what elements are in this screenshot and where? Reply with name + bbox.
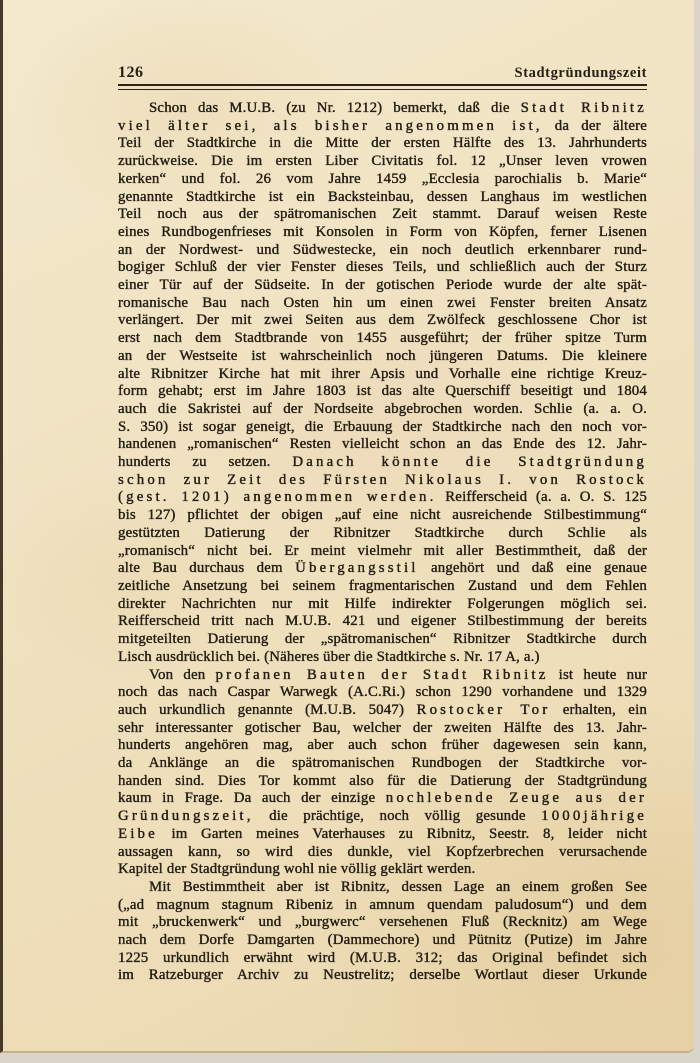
- text-line: alte Ribnitzer Kirche hat mit ihrer Apsi…: [118, 366, 647, 384]
- text-segment: handenen „romanischen“ Resten vielleicht…: [118, 436, 647, 452]
- text-line: schon zur Zeit des Fürsten Nikolaus I. v…: [118, 472, 647, 490]
- paragraph: Von den profanen Bauten der Stadt Ribnit…: [118, 667, 647, 879]
- text-line: noch das nach Caspar Warwegk (A.C.Ri.) s…: [118, 684, 647, 702]
- text-line: Reifferscheid tritt nach M.U.B. 421 und …: [118, 613, 647, 631]
- text-segment: direkter Nachrichten nur mit Hilfe indir…: [118, 596, 647, 612]
- header-double-rule: [118, 84, 647, 90]
- text-segment: eines Rundbogenfrieses mit Konsolen in F…: [118, 224, 647, 240]
- text-segment: romanische Bau nach Osten hin um einen z…: [118, 295, 647, 311]
- text-line: Schon das M.U.B. (zu Nr. 1212) bemerkt, …: [118, 100, 647, 118]
- text-line: nach dem Dorfe Damgarten (Dammechore) un…: [118, 932, 647, 950]
- emphasized-text: (gest. 1201) angenommen werden.: [118, 489, 437, 505]
- text-line: „romanisch“ nicht bei. Er meint vielmehr…: [118, 543, 647, 561]
- text-segment: zurückweise. Die im ersten Liber Civitat…: [118, 153, 647, 169]
- text-segment: alte Ribnitzer Kirche hat mit ihrer Apsi…: [118, 366, 647, 382]
- text-line: aussagen kann, so wird dies dunkle, viel…: [118, 844, 647, 862]
- text-line: hunderts angehören mag, aber auch schon …: [118, 737, 647, 755]
- text-line: Gründungszeit, die prächtige, noch völli…: [118, 808, 647, 826]
- text-segment: hunderts angehören mag, aber auch schon …: [118, 737, 647, 753]
- book-page: 126 Stadtgründungszeit Schon das M.U.B. …: [0, 0, 694, 1053]
- text-line: Kapitel der Stadtgründung wohl nie völli…: [118, 861, 647, 879]
- text-line: gestützten Datierung der Ribnitzer Stadt…: [118, 525, 647, 543]
- emphasized-text: Gründungszeit,: [118, 808, 254, 824]
- text-line: 1225 urkundlich erwähnt wird (M.U.B. 312…: [118, 950, 647, 968]
- text-line: genannte Stadtkirche ist ein Backsteinba…: [118, 189, 647, 207]
- text-line: viel älter sei, als bisher angenommen is…: [118, 118, 647, 136]
- text-segment: Reifferscheid (a. a. O. S. 125: [437, 489, 647, 505]
- text-segment: nach dem Dorfe Damgarten (Dammechore) un…: [118, 932, 647, 948]
- text-line: handen sind. Dies Tor kommt also für die…: [118, 773, 647, 791]
- text-line: Von den profanen Bauten der Stadt Ribnit…: [118, 667, 647, 685]
- text-segment: mit „bruckenwerk“ und „burgwerc“ versehe…: [118, 914, 647, 930]
- text-segment: auch urkundlich genannte (M.U.B. 5047): [118, 702, 417, 718]
- text-line: zurückweise. Die im ersten Liber Civitat…: [118, 153, 647, 171]
- text-line: direkter Nachrichten nur mit Hilfe indir…: [118, 596, 647, 614]
- emphasized-text: Eibe: [118, 826, 158, 842]
- text-line: S. 350) ist sogar geneigt, die Erbauung …: [118, 419, 647, 437]
- text-segment: da Anklänge an die spätromanischen Rundb…: [118, 755, 647, 771]
- text-segment: angehört und daß eine genaue: [419, 560, 647, 576]
- text-segment: bogiger Schluß der vier Fenster dieses T…: [118, 259, 647, 275]
- page-number: 126: [118, 64, 144, 82]
- text-segment: hunderts zu setzen.: [118, 454, 292, 470]
- running-head: 126 Stadtgründungszeit: [118, 64, 647, 82]
- text-segment: an der Westseite ist wahrscheinlich noch…: [118, 348, 647, 364]
- text-line: an der Nordwest- und Südwestecke, ein no…: [118, 242, 647, 260]
- text-line: einer Tür auf der Südseite. In der gotis…: [118, 277, 647, 295]
- text-line: auch urkundlich genannte (M.U.B. 5047) R…: [118, 702, 647, 720]
- text-line: alte Bau durchaus dem Übergangsstil ange…: [118, 560, 647, 578]
- text-segment: auch die Sakristei auf der Nordseite abg…: [118, 401, 647, 417]
- running-title: Stadtgründungszeit: [515, 65, 647, 82]
- text-segment: Reifferscheid tritt nach M.U.B. 421 und …: [118, 613, 647, 629]
- text-line: Eibe im Garten meines Vaterhauses zu Rib…: [118, 826, 647, 844]
- text-segment: erhalten, ein: [550, 702, 647, 718]
- text-segment: sehr interessanter gotischer Bau, welche…: [118, 720, 647, 736]
- text-segment: handen sind. Dies Tor kommt also für die…: [118, 773, 647, 789]
- text-segment: die prächtige, noch völlig gesunde: [254, 808, 541, 824]
- text-segment: da der ältere: [543, 118, 647, 134]
- text-segment: form gehabt; erst im Jahre 1803 ist das …: [118, 383, 647, 399]
- text-segment: alte Bau durchaus dem: [118, 560, 295, 576]
- text-line: romanische Bau nach Osten hin um einen z…: [118, 295, 647, 313]
- text-line: (gest. 1201) angenommen werden. Reiffers…: [118, 489, 647, 507]
- emphasized-text: Stadt Ribnitz: [521, 100, 647, 116]
- text-line: („ad magnum stagnum Ribeniz in amnum que…: [118, 897, 647, 915]
- text-segment: kerken“ und fol. 26 vom Jahre 1459 „Eccl…: [118, 171, 647, 187]
- text-line: erst nach dem Stadtbrande von 1455 ausge…: [118, 330, 647, 348]
- text-line: eines Rundbogenfrieses mit Konsolen in F…: [118, 224, 647, 242]
- text-segment: zeitliche Ansetzung bei seinem fragmenta…: [118, 578, 647, 594]
- text-line: an der Westseite ist wahrscheinlich noch…: [118, 348, 647, 366]
- text-segment: Teil der Stadtkirche in die Mitte der er…: [118, 135, 647, 151]
- text-segment: gestützten Datierung der Ribnitzer Stadt…: [118, 525, 647, 541]
- text-segment: „romanisch“ nicht bei. Er meint vielmehr…: [118, 543, 647, 559]
- text-line: kaum in Frage. Da auch der einzige nochl…: [118, 790, 647, 808]
- text-line: bogiger Schluß der vier Fenster dieses T…: [118, 259, 647, 277]
- text-block: Schon das M.U.B. (zu Nr. 1212) bemerkt, …: [118, 100, 647, 985]
- text-line: mitgeteilten Datierung der „spätromanisc…: [118, 631, 647, 649]
- text-segment: Von den: [149, 667, 216, 683]
- text-line: Teil noch aus der spätromanischen Zeit s…: [118, 206, 647, 224]
- text-segment: noch das nach Caspar Warwegk (A.C.Ri.) s…: [118, 684, 647, 700]
- text-segment: Kapitel der Stadtgründung wohl nie völli…: [118, 861, 475, 877]
- emphasized-text: viel älter sei, als bisher angenommen is…: [118, 118, 543, 134]
- text-line: sehr interessanter gotischer Bau, welche…: [118, 720, 647, 738]
- emphasized-text: Danach könnte die Stadtgründung: [292, 454, 647, 470]
- text-line: Teil der Stadtkirche in die Mitte der er…: [118, 135, 647, 153]
- text-segment: mitgeteilten Datierung der „spätromanisc…: [118, 631, 647, 647]
- emphasized-text: nochlebende Zeuge aus der: [386, 790, 647, 806]
- text-line: da Anklänge an die spätromanischen Rundb…: [118, 755, 647, 773]
- text-segment: im Garten meines Vaterhauses zu Ribnitz,…: [158, 826, 647, 842]
- text-segment: ist heute nur: [548, 667, 647, 683]
- text-line: bis 127) pflichtet der obigen „auf eine …: [118, 507, 647, 525]
- text-line: kerken“ und fol. 26 vom Jahre 1459 „Eccl…: [118, 171, 647, 189]
- text-segment: einer Tür auf der Südseite. In der gotis…: [118, 277, 647, 293]
- text-segment: erst nach dem Stadtbrande von 1455 ausge…: [118, 330, 647, 346]
- text-line: im Ratzeburger Archiv zu Neustrelitz; de…: [118, 967, 647, 985]
- text-segment: S. 350) ist sogar geneigt, die Erbauung …: [118, 419, 647, 435]
- text-segment: Mit Bestimmtheit aber ist Ribnitz, desse…: [149, 879, 647, 895]
- text-segment: kaum in Frage. Da auch der einzige: [118, 790, 386, 806]
- text-segment: Lisch ausdrücklich bei. (Näheres über di…: [118, 649, 540, 665]
- text-line: mit „bruckenwerk“ und „burgwerc“ versehe…: [118, 914, 647, 932]
- text-line: auch die Sakristei auf der Nordseite abg…: [118, 401, 647, 419]
- text-segment: Schon das M.U.B. (zu Nr. 1212) bemerkt, …: [149, 100, 521, 116]
- emphasized-text: schon zur Zeit des Fürsten Nikolaus I. v…: [118, 472, 647, 488]
- emphasized-text: profanen Bauten der Stadt Ribnitz: [216, 667, 549, 683]
- text-line: zeitliche Ansetzung bei seinem fragmenta…: [118, 578, 647, 596]
- text-segment: Teil noch aus der spätromanischen Zeit s…: [118, 206, 647, 222]
- emphasized-text: 1000jährige: [541, 808, 647, 824]
- paragraph: Mit Bestimmtheit aber ist Ribnitz, desse…: [118, 879, 647, 985]
- text-line: Mit Bestimmtheit aber ist Ribnitz, desse…: [118, 879, 647, 897]
- text-segment: verlängert. Der mit zwei Seiten aus dem …: [118, 312, 647, 328]
- text-segment: bis 127) pflichtet der obigen „auf eine …: [118, 507, 647, 523]
- text-segment: im Ratzeburger Archiv zu Neustrelitz; de…: [118, 967, 647, 983]
- text-line: Lisch ausdrücklich bei. (Näheres über di…: [118, 649, 647, 667]
- text-line: handenen „romanischen“ Resten vielleicht…: [118, 436, 647, 454]
- emphasized-text: Rostocker Tor: [417, 702, 551, 718]
- text-segment: aussagen kann, so wird dies dunkle, viel…: [118, 844, 647, 860]
- text-segment: an der Nordwest- und Südwestecke, ein no…: [118, 242, 647, 258]
- text-segment: genannte Stadtkirche ist ein Backsteinba…: [118, 189, 647, 205]
- emphasized-text: Übergangsstil: [295, 560, 419, 576]
- page-content: 126 Stadtgründungszeit Schon das M.U.B. …: [118, 64, 647, 985]
- text-line: hunderts zu setzen. Danach könnte die St…: [118, 454, 647, 472]
- text-line: verlängert. Der mit zwei Seiten aus dem …: [118, 312, 647, 330]
- text-segment: („ad magnum stagnum Ribeniz in amnum que…: [118, 897, 647, 913]
- text-segment: 1225 urkundlich erwähnt wird (M.U.B. 312…: [118, 950, 647, 966]
- paragraph: Schon das M.U.B. (zu Nr. 1212) bemerkt, …: [118, 100, 647, 667]
- text-line: form gehabt; erst im Jahre 1803 ist das …: [118, 383, 647, 401]
